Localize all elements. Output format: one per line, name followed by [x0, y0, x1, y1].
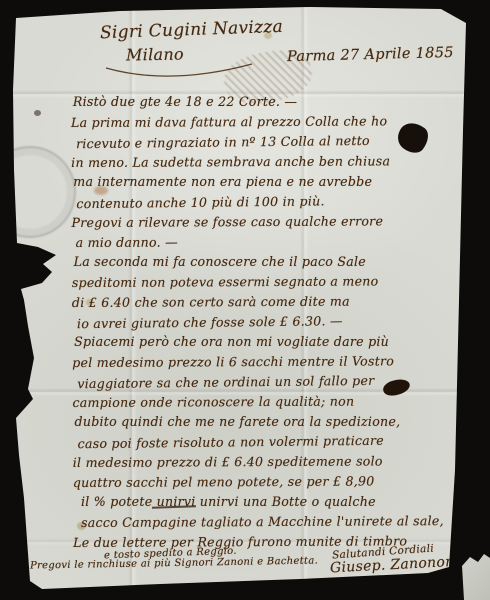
letter-line: dubito quindi che me ne farete ora la sp…: [75, 412, 465, 432]
letter-line: Spiacemi però che ora non mi vogliate da…: [74, 332, 464, 352]
stain-spot: [34, 110, 41, 116]
letter-line: La seconda mi fa conoscere che il paco S…: [74, 252, 464, 272]
signature-flourish: [328, 576, 468, 592]
letter-body: Ristò due gte 4e 18 e 22 Corte. —La prim…: [71, 91, 465, 553]
letter-line: campione onde riconoscere la qualità; no…: [72, 391, 464, 413]
photo-stage: Sigri Cugini Navizza Milano Parma 27 Apr…: [0, 0, 490, 600]
letter-line: Pregovi a rilevare se fosse caso qualche…: [71, 211, 463, 233]
underline-flourish: [100, 60, 260, 84]
letter-line: il % potete unirvi unirvi una Botte o qu…: [81, 492, 465, 512]
letter-line: a mio danno. —: [76, 231, 464, 253]
letter-line: speditomi non poteva essermi segnato a m…: [72, 271, 464, 293]
letter-line: quattro sacchi pel meno potete, se per £…: [73, 471, 465, 493]
dateline: Parma 27 Aprile 1855: [287, 45, 454, 65]
letter-line: io avrei giurato che fosse sole £ 6.30. …: [77, 310, 464, 334]
letter-line: ma internamente non era piena e ne avreb…: [73, 172, 463, 192]
letter-line: Ristò due gte 4e 18 e 22 Corte. —: [73, 92, 463, 112]
second-sheet-fragment: [458, 548, 490, 600]
letter-line: sacco Campagine tagliato a Macchine l'un…: [81, 511, 465, 533]
postscript-line: Pregovi le rinchiuse ai più Signori Zano…: [30, 555, 318, 571]
postmark-ghost-circle: [0, 146, 76, 238]
letter-line: in meno. La sudetta sembrava anche ben c…: [71, 151, 463, 173]
letter-line: il medesimo prezzo di £ 6.40 speditemene…: [73, 451, 465, 473]
letter-paper: Sigri Cugini Navizza Milano Parma 27 Apr…: [0, 0, 490, 600]
